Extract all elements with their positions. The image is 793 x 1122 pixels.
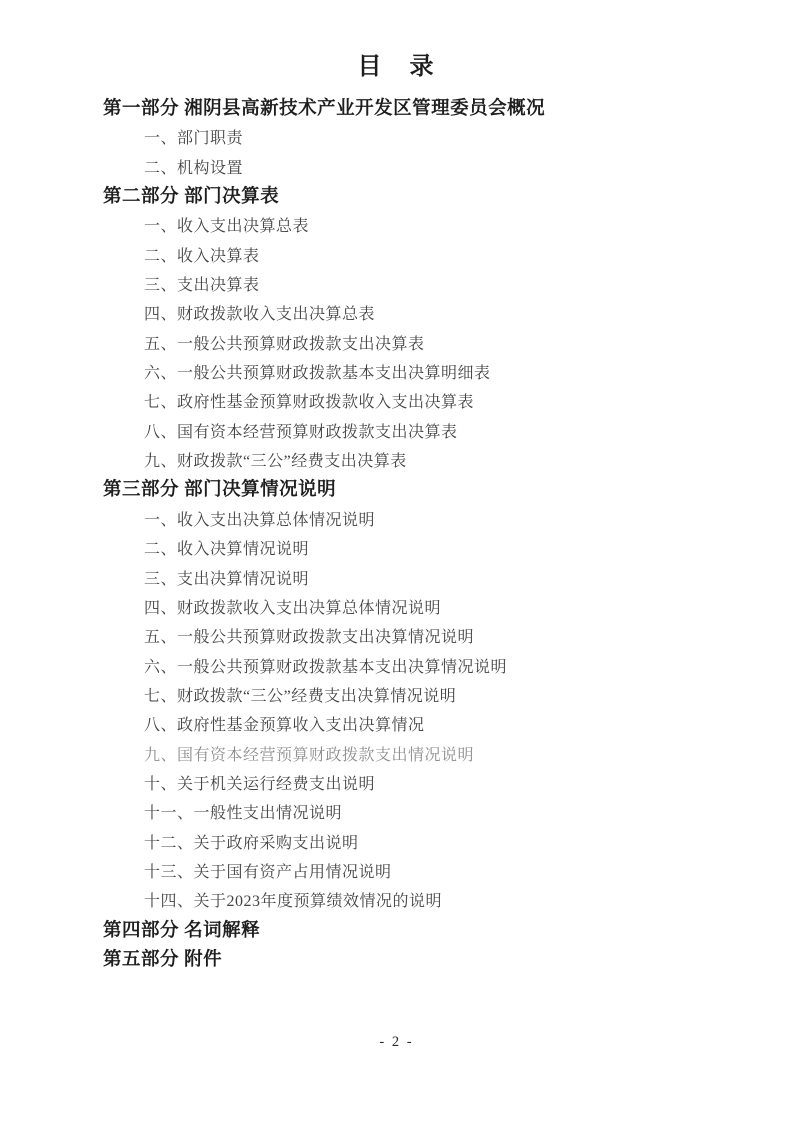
- toc-item: 二、收入决算表: [144, 242, 753, 271]
- toc-item: 四、财政拨款收入支出决算总表: [144, 300, 753, 329]
- toc-item: 八、政府性基金预算收入支出决算情况: [144, 711, 753, 740]
- toc-item: 十四、关于2023年度预算绩效情况的说明: [144, 887, 753, 916]
- toc-section-heading-part4: 第四部分 名词解释: [103, 917, 753, 946]
- toc-section-heading-part1: 第一部分 湘阴县高新技术产业开发区管理委员会概况: [103, 95, 753, 124]
- page-number: - 2 -: [0, 1034, 793, 1051]
- toc-item: 一、收入支出决算总表: [144, 212, 753, 241]
- toc-item: 六、一般公共预算财政拨款基本支出决算明细表: [144, 359, 753, 388]
- toc-item: 七、财政拨款“三公”经费支出决算情况说明: [144, 682, 753, 711]
- toc-item: 九、财政拨款“三公”经费支出决算表: [144, 447, 753, 476]
- toc-item: 四、财政拨款收入支出决算总体情况说明: [144, 594, 753, 623]
- toc-item: 七、政府性基金预算财政拨款收入支出决算表: [144, 388, 753, 417]
- toc-item: 三、支出决算情况说明: [144, 565, 753, 594]
- toc-item: 八、国有资本经营预算财政拨款支出决算表: [144, 418, 753, 447]
- toc-item: 六、一般公共预算财政拨款基本支出决算情况说明: [144, 653, 753, 682]
- toc-item: 二、机构设置: [144, 154, 753, 183]
- document-page: 目 录 第一部分 湘阴县高新技术产业开发区管理委员会概况 一、部门职责 二、机构…: [0, 0, 793, 1122]
- toc-item: 五、一般公共预算财政拨款支出决算表: [144, 330, 753, 359]
- toc-item: 一、收入支出决算总体情况说明: [144, 506, 753, 535]
- toc-section-heading-part3: 第三部分 部门决算情况说明: [103, 476, 753, 505]
- toc-item: 十三、关于国有资产占用情况说明: [144, 858, 753, 887]
- toc-item: 二、收入决算情况说明: [144, 535, 753, 564]
- toc-item: 一、部门职责: [144, 124, 753, 153]
- toc-item: 五、一般公共预算财政拨款支出决算情况说明: [144, 623, 753, 652]
- toc-item: 三、支出决算表: [144, 271, 753, 300]
- toc-section-heading-part5: 第五部分 附件: [103, 946, 753, 975]
- table-of-contents: 第一部分 湘阴县高新技术产业开发区管理委员会概况 一、部门职责 二、机构设置 第…: [0, 95, 793, 975]
- toc-item: 十二、关于政府采购支出说明: [144, 829, 753, 858]
- toc-title: 目 录: [0, 0, 793, 84]
- toc-item: 十一、一般性支出情况说明: [144, 799, 753, 828]
- toc-section-heading-part2: 第二部分 部门决算表: [103, 183, 753, 212]
- toc-item: 九、国有资本经营预算财政拨款支出情况说明: [144, 741, 753, 770]
- toc-item: 十、关于机关运行经费支出说明: [144, 770, 753, 799]
